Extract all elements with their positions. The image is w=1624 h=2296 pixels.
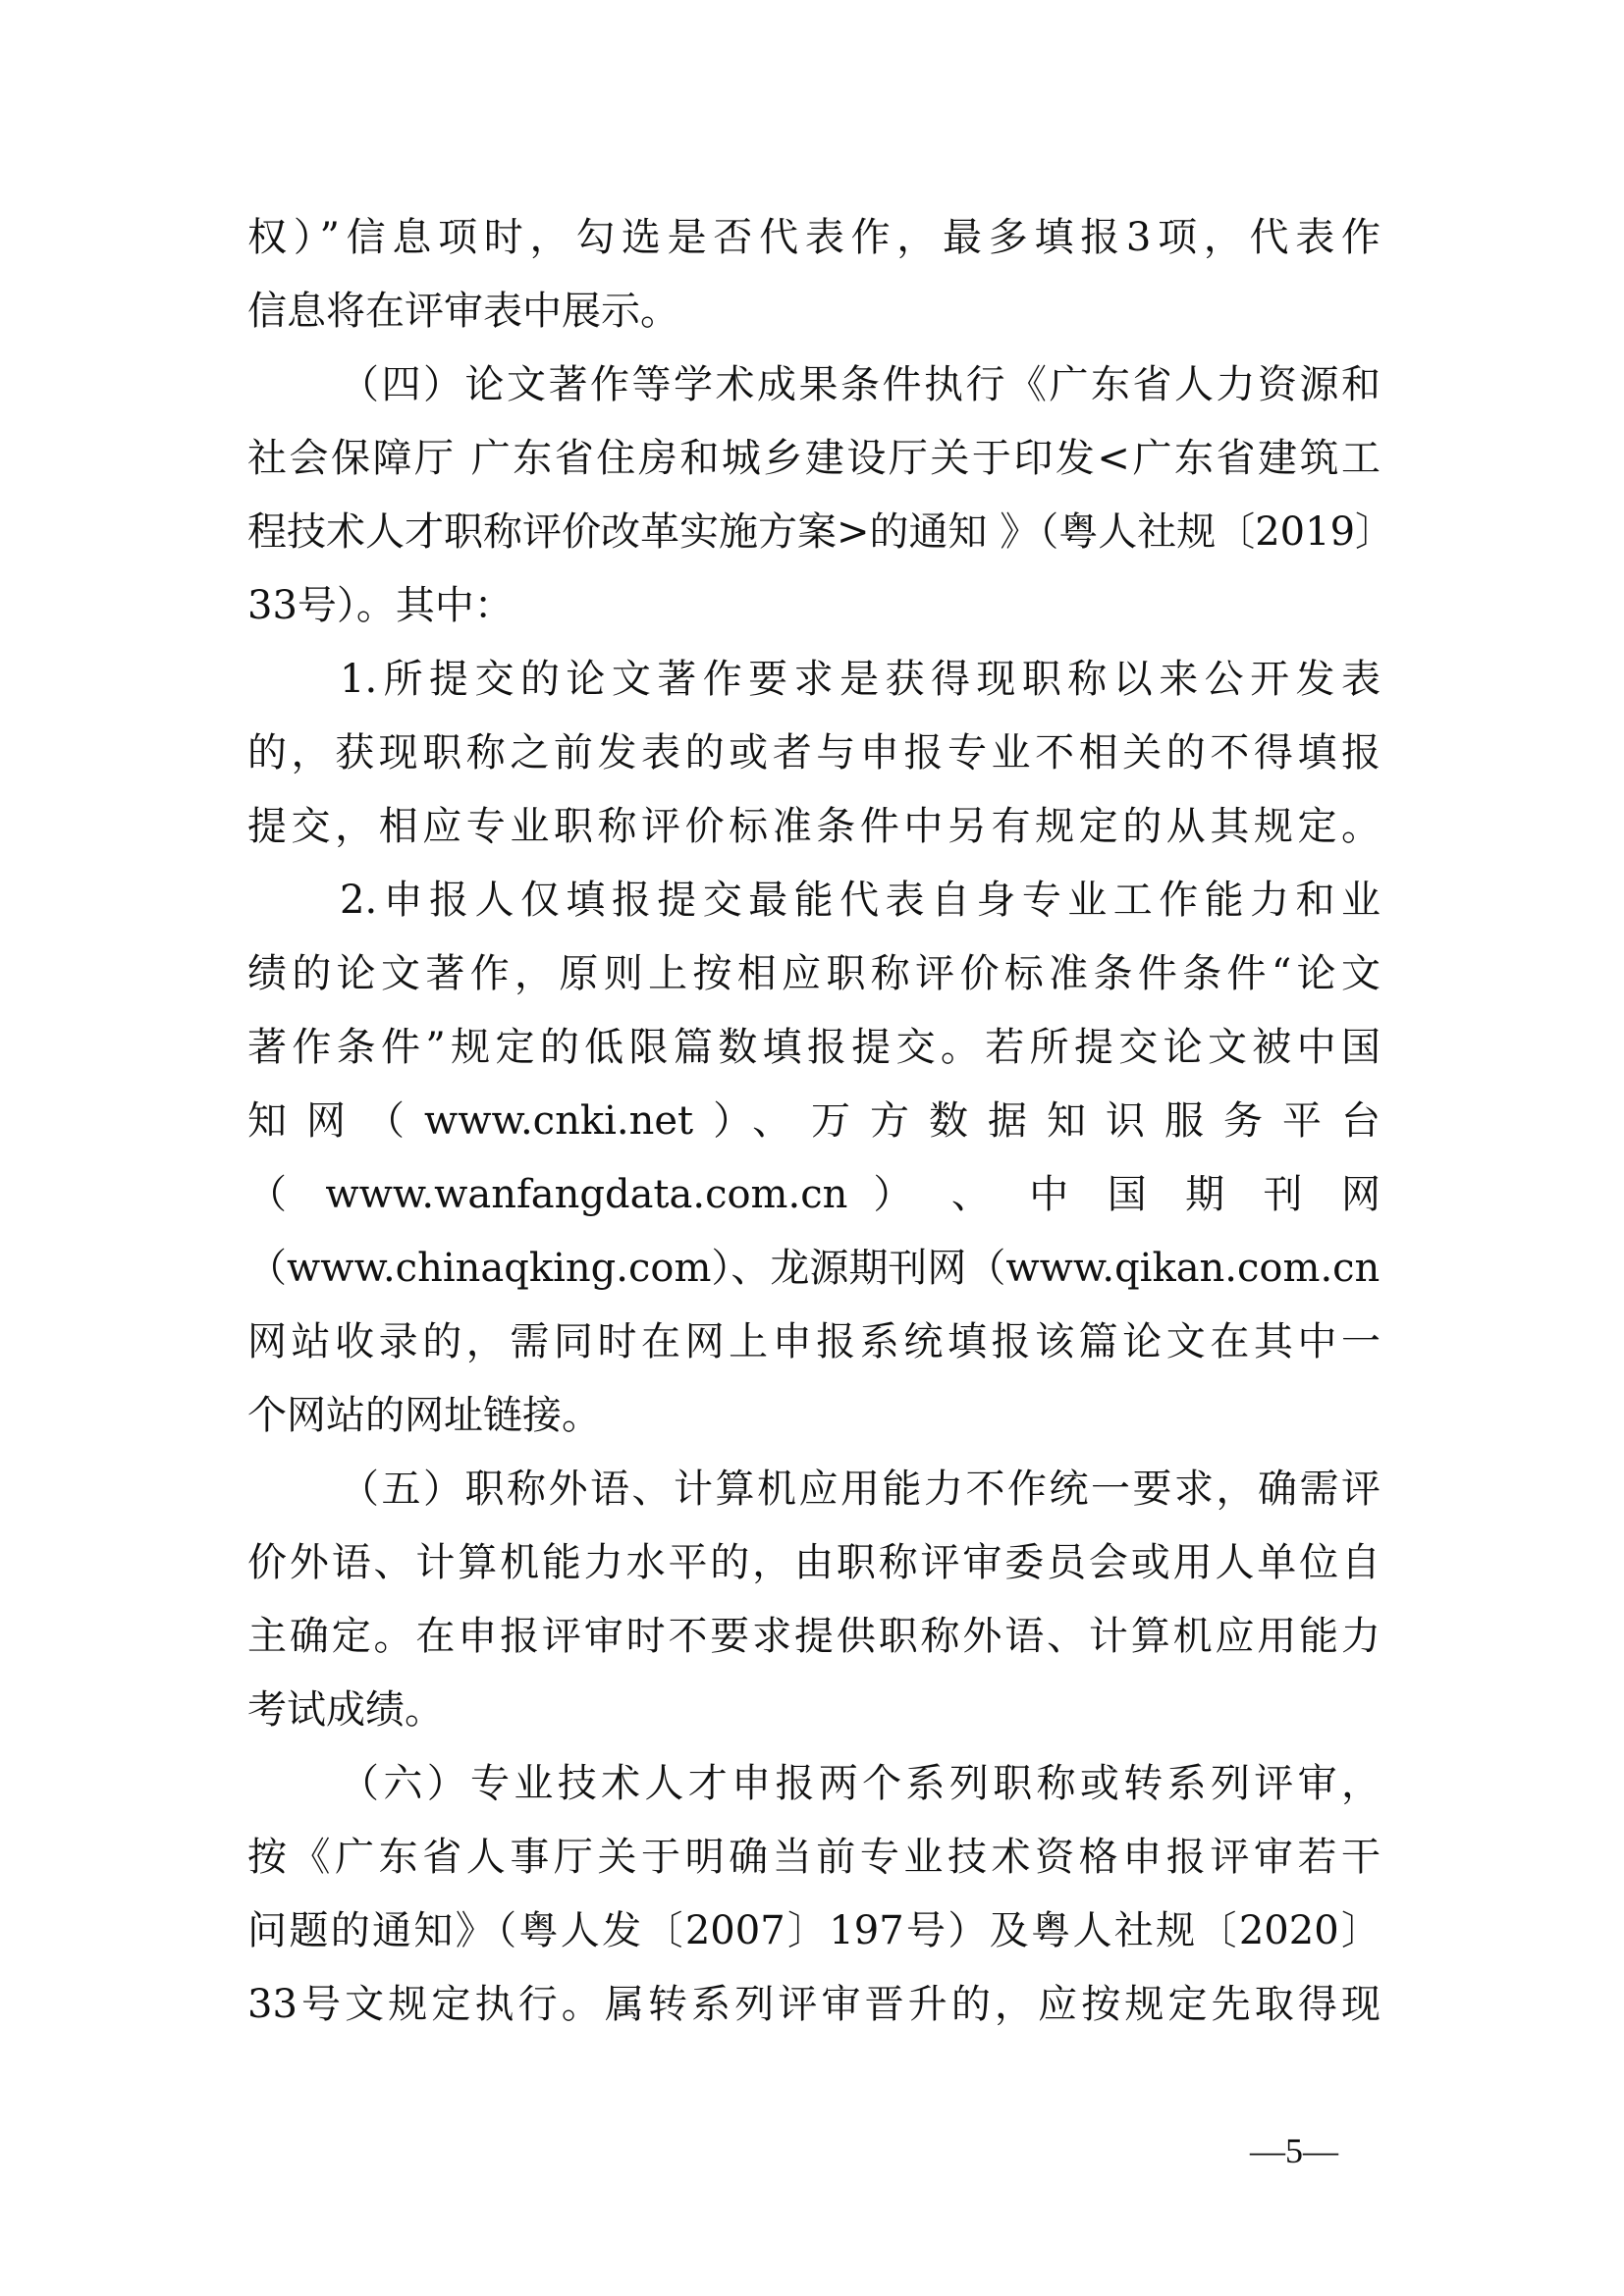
text-line: 价外语、计算机能力水平的，由职称评审委员会或用人单位自 — [247, 1526, 1380, 1600]
text-line: （六）专业技术人才申报两个系列职称或转系列评审， — [247, 1747, 1380, 1821]
text-line: 问题的通知》（粤人发〔2007〕197号）及粤人社规〔2020〕 — [247, 1895, 1380, 1968]
text-line: （五）职称外语、计算机应用能力不作统一要求，确需评 — [247, 1453, 1380, 1526]
text-line: 主确定。在申报评审时不要求提供职称外语、计算机应用能力 — [247, 1600, 1380, 1674]
text-line: （ www.wanfangdata.com.cn ） 、 中 国 期 刊 网 — [247, 1158, 1380, 1232]
text-line: 信息将在评审表中展示。 — [247, 275, 1380, 348]
text-line: 的，获现职称之前发表的或者与申报专业不相关的不得填报 — [247, 717, 1380, 790]
text-line: 个网站的网址链接。 — [247, 1379, 1380, 1453]
text-line: （四）论文著作等学术成果条件执行《广东省人力资源和 — [247, 348, 1380, 422]
document-body: 权）”信息项时，勾选是否代表作，最多填报3项，代表作 信息将在评审表中展示。 （… — [247, 201, 1380, 2042]
text-line: 程技术人才职称评价改革实施方案>的通知 》（粤人社规〔2019〕 — [247, 496, 1380, 569]
text-line: 网站收录的，需同时在网上申报系统填报该篇论文在其中一 — [247, 1306, 1380, 1379]
text-line: 2.申报人仅填报提交最能代表自身专业工作能力和业 — [247, 864, 1380, 937]
text-line: 按《广东省人事厅关于明确当前专业技术资格申报评审若干 — [247, 1821, 1380, 1895]
text-line: 1.所提交的论文著作要求是获得现职称以来公开发表 — [247, 643, 1380, 717]
text-line: 权）”信息项时，勾选是否代表作，最多填报3项，代表作 — [247, 201, 1380, 275]
document-page: 权）”信息项时，勾选是否代表作，最多填报3项，代表作 信息将在评审表中展示。 （… — [0, 0, 1624, 2296]
text-line: 知网（www.cnki.net）、万方数据知识服务平台 — [247, 1085, 1380, 1158]
text-line: 考试成绩。 — [247, 1674, 1380, 1747]
page-number: —5— — [1247, 2126, 1341, 2175]
text-line: （www.chinaqking.com）、龙源期刊网（www.qikan.com… — [247, 1232, 1380, 1306]
text-line: 提交，相应专业职称评价标准条件中另有规定的从其规定。 — [247, 790, 1380, 864]
text-line: 绩的论文著作，原则上按相应职称评价标准条件条件“论文 — [247, 937, 1380, 1011]
text-line: 著作条件”规定的低限篇数填报提交。若所提交论文被中国 — [247, 1011, 1380, 1085]
text-line: 33号）。其中： — [247, 569, 1380, 643]
text-line: 社会保障厅 广东省住房和城乡建设厅关于印发<广东省建筑工 — [247, 422, 1380, 496]
text-line: 33号文规定执行。属转系列评审晋升的，应按规定先取得现 — [247, 1968, 1380, 2042]
